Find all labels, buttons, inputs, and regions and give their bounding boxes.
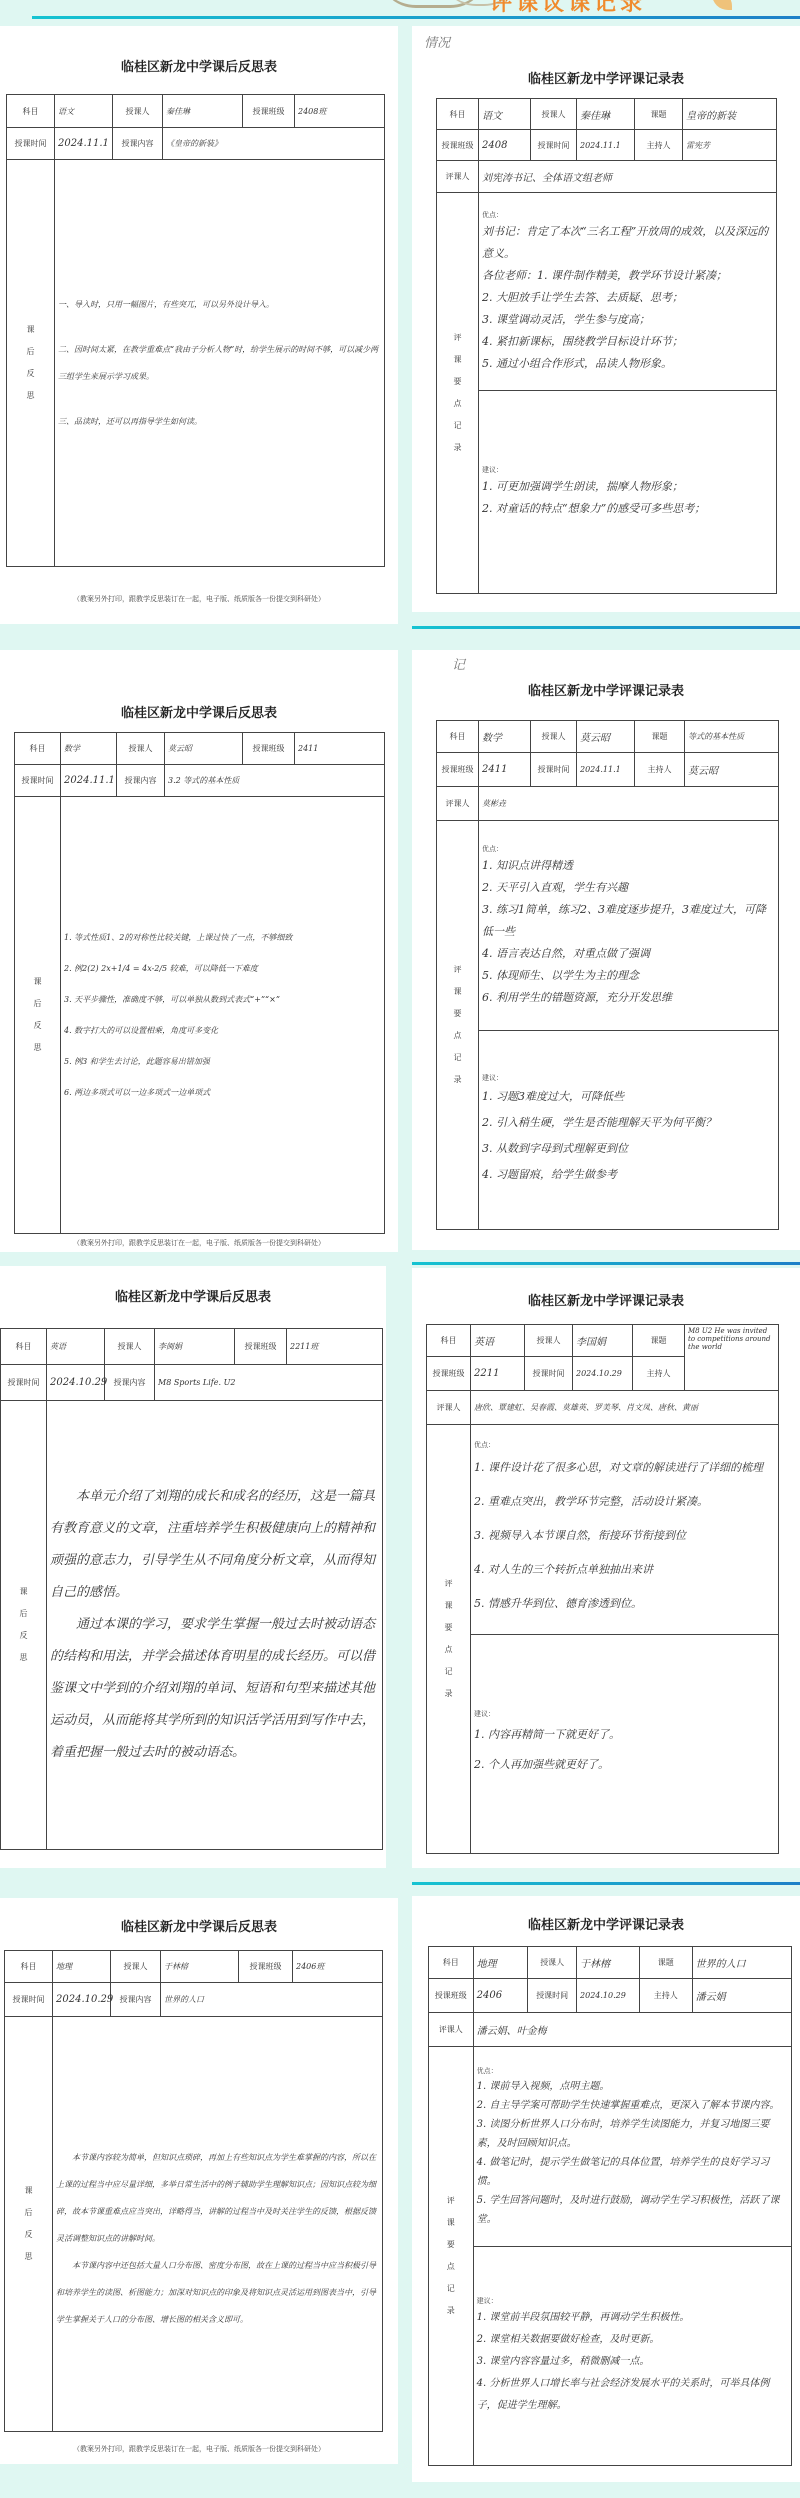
suggestion-item: 1. 课堂前半段氛围较平静，再调动学生积极性。 — [477, 2307, 788, 2329]
section-divider — [412, 1262, 800, 1265]
advantage-item: 2. 重难点突出，教学环节完整，活动设计紧凑。 — [474, 1485, 775, 1519]
leaf-icon — [712, 0, 732, 10]
side-char: 记 — [432, 2278, 470, 2300]
suggestion-item: 4. 习题留痕，给学生做参考 — [482, 1162, 775, 1188]
reflection-item: 6. 两边多项式可以一边多项式一边单项式 — [64, 1077, 381, 1108]
subject-label: 科目 — [5, 1951, 53, 1983]
side-char: 后 — [4, 1603, 43, 1625]
sheet-title: 临桂区新龙中学评课记录表 — [412, 1290, 800, 1309]
side-char: 后 — [10, 341, 51, 363]
reviewer-value: 潘云娟、叶金梅 — [473, 2013, 791, 2047]
record-side-label: 评 课 要 点 记 录 — [437, 193, 479, 594]
class-label: 授课班级 — [437, 753, 479, 787]
side-char: 记 — [440, 1047, 475, 1069]
side-char: 后 — [18, 993, 57, 1015]
advantage-item: 3. 课堂调动灵活，学生参与度高； — [482, 309, 773, 331]
side-char: 课 — [432, 2212, 470, 2234]
suggestions-label: 建议： — [474, 1708, 775, 1720]
host-label: 主持人 — [635, 753, 685, 787]
side-char: 后 — [8, 2202, 49, 2224]
content-value: 世界的人口 — [161, 1983, 383, 2017]
suggestion-item: 1. 习题3难度过大，可降低些 — [482, 1084, 775, 1110]
topic-label: 课题 — [639, 1947, 692, 1979]
subject-label: 科目 — [1, 1329, 47, 1365]
reviewer-label: 评课人 — [437, 787, 479, 821]
reflection-form: 科目 英语 授课人 李闽娟 授课班级 2211班 授课时间 2024.10.29… — [0, 1328, 383, 1850]
content-value: M8 Sports Life. U2 — [155, 1365, 383, 1401]
side-char: 评 — [430, 1573, 467, 1595]
time-value: 2024.11.1 — [61, 765, 117, 797]
side-char: 课 — [430, 1595, 467, 1617]
class-label: 授课班级 — [243, 733, 295, 765]
teacher-label: 授课人 — [528, 1947, 577, 1979]
reflection-paragraph: 本单元介绍了刘翔的成长和成名的经历，这是一篇具有教育意义的文章，注重培养学生积极… — [50, 1481, 379, 1609]
advantages-label: 优点： — [477, 2065, 788, 2077]
teacher-label: 授课人 — [105, 1329, 155, 1365]
banner-title: 评课议课记录 — [490, 0, 646, 17]
topic-label: 课题 — [633, 1325, 685, 1357]
record-sheet-3: 临桂区新龙中学评课记录表 科目 英语 授课人 李国娟 课题 M8 U2 He w… — [412, 1268, 800, 1868]
class-value: 2406 — [473, 1979, 528, 2013]
teacher-value: 于林榕 — [161, 1951, 239, 1983]
topic-value: 皇帝的新装 — [683, 99, 777, 130]
reflection-sheet-1: 临桂区新龙中学课后反思表 科目 语文 授课人 秦佳琳 授课班级 2408班 授课… — [0, 26, 398, 624]
advantage-item: 5. 通过小组合作形式，品读人物形象。 — [482, 353, 773, 375]
side-char: 课 — [18, 971, 57, 993]
advantage-item: 3. 练习1简单，练习2、3难度逐步提升，3难度过大，可降低一些 — [482, 899, 775, 943]
record-side-label: 评 课 要 点 记 录 — [437, 821, 479, 1230]
sheet-title: 临桂区新龙中学课后反思表 — [0, 56, 398, 75]
reviewer-value: 刘宪涛书记、全体语文组老师 — [479, 161, 777, 193]
teacher-label: 授课人 — [525, 1325, 573, 1357]
reflection-item: 3. 天平步骤性，准确度不够，可以单独从数到式表式“+”“×” — [64, 984, 381, 1015]
suggestions-label: 建议： — [482, 464, 773, 476]
class-value: 2408班 — [295, 95, 385, 128]
record-side-label: 评 课 要 点 记 录 — [429, 2047, 474, 2466]
corner-mark: 记 — [452, 654, 465, 673]
reflection-paragraph: 通过本课的学习，要求学生掌握一般过去时被动语态的结构和用法，并学会描述体育明星的… — [50, 1609, 379, 1769]
host-value: 潘云娟 — [692, 1979, 791, 2013]
time-label: 授课时间 — [531, 130, 577, 161]
side-char: 思 — [4, 1647, 43, 1669]
advantages-label: 优点： — [474, 1439, 775, 1451]
advantage-item: 5. 学生回答问题时，及时进行鼓励，调动学生学习积极性，活跃了课堂。 — [477, 2191, 788, 2229]
reflection-item: 1. 等式性质1、2的对称性比较关键，上课过快了一点，不够细致 — [64, 922, 381, 953]
advantage-item: 2. 天平引入直观，学生有兴趣 — [482, 877, 775, 899]
host-label: 主持人 — [639, 1979, 692, 2013]
reflection-side-label: 课 后 反 思 — [15, 797, 61, 1234]
reflection-body: 1. 等式性质1、2的对称性比较关键，上课过快了一点，不够细致 2. 例2(2)… — [61, 797, 385, 1234]
reflection-form: 科目 语文 授课人 秦佳琳 授课班级 2408班 授课时间 2024.11.1 … — [6, 94, 385, 567]
reflection-paragraph: 本节课内容中还包括大量人口分布图、密度分布图，故在上课的过程当中应当积极引导和培… — [56, 2252, 379, 2333]
sheet-title: 临桂区新龙中学评课记录表 — [412, 680, 800, 699]
side-char: 录 — [440, 437, 475, 459]
side-char: 点 — [440, 393, 475, 415]
sheet-title: 临桂区新龙中学评课记录表 — [412, 68, 800, 87]
subject-value: 地理 — [53, 1951, 111, 1983]
suggestion-item: 3. 课堂内容容量过多，稍微删减一点。 — [477, 2351, 788, 2373]
time-value: 2024.11.1 — [577, 753, 635, 787]
advantage-item: 各位老师：1. 课件制作精美，教学环节设计紧凑； — [482, 265, 773, 287]
class-value: 2411 — [479, 753, 531, 787]
advantages-section: 优点： 1. 知识点讲得精透 2. 天平引入直观，学生有兴趣 3. 练习1简单，… — [479, 821, 779, 1031]
reviewer-value: 莫彬垚 — [479, 787, 779, 821]
time-label: 授课时间 — [15, 765, 61, 797]
advantage-item: 3. 视频导入本节课自然，衔接环节衔接到位 — [474, 1519, 775, 1553]
advantage-item: 4. 语言表达自然，对重点做了强调 — [482, 943, 775, 965]
sheet-title: 临桂区新龙中学课后反思表 — [0, 1286, 386, 1305]
suggestions-label: 建议： — [482, 1072, 775, 1084]
section-divider — [412, 1882, 800, 1885]
reflection-side-label: 课 后 反 思 — [5, 2017, 53, 2432]
class-label: 授课班级 — [427, 1357, 471, 1391]
side-char: 录 — [430, 1683, 467, 1705]
teacher-value: 莫云昭 — [577, 721, 635, 753]
record-sheet-2: 记 临桂区新龙中学评课记录表 科目 数学 授课人 莫云昭 课题 等式的基本性质 … — [412, 650, 800, 1250]
reflection-paragraph: 二、因时间太紧，在教学重难点“我由子分析人物”时，给学生展示的时间不够，可以减少… — [58, 336, 381, 390]
reviewer-label: 评课人 — [429, 2013, 474, 2047]
suggestion-item: 4. 分析世界人口增长率与社会经济发展水平的关系时，可举具体例子，促进学生理解。 — [477, 2373, 788, 2417]
record-form: 科目 英语 授课人 李国娟 课题 M8 U2 He was invited to… — [426, 1324, 779, 1854]
teacher-value: 李闽娟 — [155, 1329, 235, 1365]
suggestion-item: 1. 内容再精简一下就更好了。 — [474, 1720, 775, 1750]
teacher-label: 授课人 — [531, 721, 577, 753]
content-label: 授课内容 — [117, 765, 165, 797]
record-side-label: 评 课 要 点 记 录 — [427, 1425, 471, 1854]
topic-label: 课题 — [635, 99, 683, 130]
advantage-item: 4. 做笔记时，提示学生做笔记的具体位置，培养学生的良好学习习惯。 — [477, 2153, 788, 2191]
side-char: 课 — [440, 981, 475, 1003]
suggestions-label: 建议： — [477, 2295, 788, 2307]
suggestion-item: 3. 从数到字母到式理解更到位 — [482, 1136, 775, 1162]
reflection-sheet-3: 临桂区新龙中学课后反思表 科目 英语 授课人 李闽娟 授课班级 2211班 授课… — [0, 1266, 386, 1868]
sheet-title: 临桂区新龙中学评课记录表 — [412, 1914, 800, 1933]
advantage-item: 5. 体现师生、以学生为主的理念 — [482, 965, 775, 987]
side-char: 记 — [430, 1661, 467, 1683]
side-char: 思 — [8, 2246, 49, 2268]
teacher-label: 授课人 — [113, 95, 163, 128]
content-label: 授课内容 — [105, 1365, 155, 1401]
record-form: 科目 数学 授课人 莫云昭 课题 等式的基本性质 授课班级 2411 授课时间 … — [436, 720, 779, 1230]
reflection-item: 2. 例2(2) 2x+1/4 = 4x-2/5 较难，可以降低一下难度 — [64, 953, 381, 984]
reviewer-value: 唐欣、覃建虹、吴春霞、莫雄英、罗美琴、肖文凤、唐秋、黄丽 — [471, 1391, 779, 1425]
advantage-item: 1. 课件设计花了很多心思，对文章的解读进行了详细的梳理 — [474, 1451, 775, 1485]
advantage-item: 2. 自主导学案可帮助学生快速掌握重难点，更深入了解本节课内容。 — [477, 2096, 788, 2115]
suggestion-item: 2. 课堂相关数据要做好检查，及时更新。 — [477, 2329, 788, 2351]
record-form: 科目 地理 授课人 于林榕 课题 世界的人口 授课班级 2406 授课时间 20… — [428, 1946, 792, 2466]
time-value: 2024.11.1 — [55, 128, 113, 160]
suggestions-section: 建议： 1. 课堂前半段氛围较平静，再调动学生积极性。 2. 课堂相关数据要做好… — [473, 2247, 791, 2466]
class-label: 授课班级 — [243, 95, 295, 128]
class-value: 2211班 — [287, 1329, 383, 1365]
teacher-label: 授课人 — [111, 1951, 161, 1983]
side-char: 反 — [10, 363, 51, 385]
teacher-value: 秦佳琳 — [577, 99, 635, 130]
side-char: 要 — [432, 2234, 470, 2256]
reflection-form: 科目 数学 授课人 莫云昭 授课班级 2411 授课时间 2024.11.1 授… — [14, 732, 385, 1234]
time-label: 授课时间 — [5, 1983, 53, 2017]
corner-mark: 情况 — [424, 32, 450, 51]
advantage-item: 6. 利用学生的错题资源，充分开发思维 — [482, 987, 775, 1009]
side-char: 录 — [432, 2300, 470, 2322]
suggestion-item: 2. 对童话的特点“想象力”的感受可多些思考； — [482, 498, 773, 520]
side-char: 思 — [18, 1037, 57, 1059]
reflection-paragraph: 一、导入时，只用一幅图片，有些突兀，可以另外设计导入。 — [58, 291, 381, 318]
teacher-value: 秦佳琳 — [163, 95, 243, 128]
subject-value: 语文 — [479, 99, 531, 130]
sheet-title: 临桂区新龙中学课后反思表 — [0, 1916, 398, 1935]
side-char: 课 — [10, 319, 51, 341]
section-divider — [412, 626, 800, 629]
side-char: 点 — [432, 2256, 470, 2278]
reflection-body: 本单元介绍了刘翔的成长和成名的经历，这是一篇具有教育意义的文章，注重培养学生积极… — [47, 1401, 383, 1850]
reflection-side-label: 课 后 反 思 — [7, 160, 55, 567]
topic-label: 课题 — [635, 721, 685, 753]
sheet-title: 临桂区新龙中学课后反思表 — [0, 702, 398, 721]
time-value: 2024.10.29 — [53, 1983, 111, 2017]
footnote: （教案另外打印，跟教学反思装订在一起，电子版、纸质版各一份提交到科研处） — [0, 2444, 398, 2454]
content-label: 授课内容 — [111, 1983, 161, 2017]
suggestion-item: 2. 个人再加强些就更好了。 — [474, 1750, 775, 1780]
side-char: 课 — [8, 2180, 49, 2202]
class-value: 2411 — [295, 733, 385, 765]
side-char: 反 — [18, 1015, 57, 1037]
advantage-item: 4. 紧扣新课标，围绕教学目标设计环节； — [482, 331, 773, 353]
reflection-item: 4. 数字打大的可以设置相乘，角度可多变化 — [64, 1015, 381, 1046]
advantages-section: 优点： 刘书记：肯定了本次“三名工程”开放周的成效，以及深远的意义。 各位老师：… — [479, 193, 777, 391]
suggestion-item: 2. 引入稍生硬，学生是否能理解天平为何平衡？ — [482, 1110, 775, 1136]
subject-label: 科目 — [15, 733, 61, 765]
class-value: 2406班 — [293, 1951, 383, 1983]
advantage-item: 4. 对人生的三个转折点单独抽出来讲 — [474, 1553, 775, 1587]
reflection-form: 科目 地理 授课人 于林榕 授课班级 2406班 授课时间 2024.10.29… — [4, 1950, 383, 2432]
content-label: 授课内容 — [113, 128, 163, 160]
reflection-item: 5. 例3 和学生去讨论，此题容易出错加强 — [64, 1046, 381, 1077]
side-char: 要 — [430, 1617, 467, 1639]
reflection-sheet-4: 临桂区新龙中学课后反思表 科目 地理 授课人 于林榕 授课班级 2406班 授课… — [0, 1898, 398, 2464]
host-value: 莫云昭 — [685, 753, 779, 787]
reviewer-label: 评课人 — [427, 1391, 471, 1425]
suggestions-section: 建议： 1. 可更加强调学生朗读，揣摩人物形象； 2. 对童话的特点“想象力”的… — [479, 391, 777, 594]
topic-value: M8 U2 He was invited to competitions aro… — [685, 1325, 779, 1391]
subject-label: 科目 — [437, 721, 479, 753]
reflection-body: 本节课内容较为简单，但知识点琐碎，再加上有些知识点为学生难掌握的内容，所以在上课… — [53, 2017, 383, 2432]
side-char: 课 — [440, 349, 475, 371]
class-value: 2408 — [479, 130, 531, 161]
teacher-value: 李国娟 — [573, 1325, 633, 1357]
side-char: 点 — [430, 1639, 467, 1661]
time-label: 授课时间 — [531, 753, 577, 787]
side-char: 反 — [4, 1625, 43, 1647]
subject-value: 地理 — [473, 1947, 528, 1979]
side-char: 录 — [440, 1069, 475, 1091]
advantages-section: 优点： 1. 课前导入视频，点明主题。 2. 自主导学案可帮助学生快速掌握重难点… — [473, 2047, 791, 2247]
reflection-body: 一、导入时，只用一幅图片，有些突兀，可以另外设计导入。 二、因时间太紧，在教学重… — [55, 160, 385, 567]
subject-label: 科目 — [427, 1325, 471, 1357]
class-label: 授课班级 — [235, 1329, 287, 1365]
subject-value: 语文 — [55, 95, 113, 128]
reviewer-label: 评课人 — [437, 161, 479, 193]
subject-label: 科目 — [7, 95, 55, 128]
time-label: 授课时间 — [525, 1357, 573, 1391]
record-form: 科目 语文 授课人 秦佳琳 课题 皇帝的新装 授课班级 2408 授课时间 20… — [436, 98, 777, 594]
host-label: 主持人 — [635, 130, 683, 161]
class-value: 2211 — [471, 1357, 525, 1391]
advantages-label: 优点： — [482, 209, 773, 221]
topic-value: 等式的基本性质 — [685, 721, 779, 753]
teacher-value: 于林榕 — [577, 1947, 640, 1979]
subject-value: 英语 — [47, 1329, 105, 1365]
reflection-paragraph: 本节课内容较为简单，但知识点琐碎，再加上有些知识点为学生难掌握的内容，所以在上课… — [56, 2144, 379, 2252]
advantages-label: 优点： — [482, 843, 775, 855]
side-char: 要 — [440, 371, 475, 393]
advantages-section: 优点： 1. 课件设计花了很多心思，对文章的解读进行了详细的梳理 2. 重难点突… — [471, 1425, 779, 1635]
time-value: 2024.11.1 — [577, 130, 635, 161]
subject-value: 数学 — [479, 721, 531, 753]
content-value: 3.2 等式的基本性质 — [165, 765, 385, 797]
advantage-item: 5. 情感升华到位、德育渗透到位。 — [474, 1587, 775, 1621]
advantage-item: 刘书记：肯定了本次“三名工程”开放周的成效，以及深远的意义。 — [482, 221, 773, 265]
subject-value: 英语 — [471, 1325, 525, 1357]
side-char: 点 — [440, 1025, 475, 1047]
teacher-value: 莫云昭 — [165, 733, 243, 765]
subject-label: 科目 — [429, 1947, 474, 1979]
class-label: 授课班级 — [239, 1951, 293, 1983]
time-value: 2024.10.29 — [577, 1979, 640, 2013]
class-label: 授课班级 — [429, 1979, 474, 2013]
side-char: 评 — [440, 327, 475, 349]
side-char: 思 — [10, 385, 51, 407]
record-sheet-4: 临桂区新龙中学评课记录表 科目 地理 授课人 于林榕 课题 世界的人口 授课班级… — [412, 1896, 800, 2482]
side-char: 记 — [440, 415, 475, 437]
advantage-item: 1. 知识点讲得精透 — [482, 855, 775, 877]
time-label: 授课时间 — [1, 1365, 47, 1401]
class-label: 授课班级 — [437, 130, 479, 161]
side-char: 评 — [440, 959, 475, 981]
side-char: 反 — [8, 2224, 49, 2246]
side-char: 课 — [4, 1581, 43, 1603]
reflection-sheet-2: 临桂区新龙中学课后反思表 科目 数学 授课人 莫云昭 授课班级 2411 授课时… — [0, 650, 398, 1252]
suggestion-item: 1. 可更加强调学生朗读，揣摩人物形象； — [482, 476, 773, 498]
teacher-label: 授课人 — [117, 733, 165, 765]
advantage-item: 3. 读图分析世界人口分布时，培养学生读图能力，并复习地图三要素，及时回顾知识点… — [477, 2115, 788, 2153]
host-value: 雷宪芳 — [683, 130, 777, 161]
advantage-item: 1. 课前导入视频，点明主题。 — [477, 2077, 788, 2096]
reflection-side-label: 课 后 反 思 — [1, 1401, 47, 1850]
section-divider — [32, 16, 800, 19]
record-sheet-1: 情况 临桂区新龙中学评课记录表 科目 语文 授课人 秦佳琳 课题 皇帝的新装 授… — [412, 26, 800, 612]
host-label: 主持人 — [633, 1357, 685, 1391]
side-char: 评 — [432, 2190, 470, 2212]
content-value: 《皇帝的新装》 — [163, 128, 385, 160]
advantage-item: 2. 大胆放手让学生去答、去质疑、思考； — [482, 287, 773, 309]
teacher-label: 授课人 — [531, 99, 577, 130]
subject-label: 科目 — [437, 99, 479, 130]
suggestions-section: 建议： 1. 内容再精简一下就更好了。 2. 个人再加强些就更好了。 — [471, 1635, 779, 1854]
suggestions-section: 建议： 1. 习题3难度过大，可降低些 2. 引入稍生硬，学生是否能理解天平为何… — [479, 1031, 779, 1230]
time-label: 授课时间 — [528, 1979, 577, 2013]
time-value: 2024.10.29 — [47, 1365, 105, 1401]
time-label: 授课时间 — [7, 128, 55, 160]
time-value: 2024.10.29 — [573, 1357, 633, 1391]
footnote: （教案另外打印，跟教学反思装订在一起，电子版、纸质版各一份提交到科研处） — [0, 1238, 398, 1248]
reflection-paragraph: 三、品读时，还可以再指导学生如何读。 — [58, 408, 381, 435]
subject-value: 数学 — [61, 733, 117, 765]
topic-value: 世界的人口 — [692, 1947, 791, 1979]
footnote: （教案另外打印，跟教学反思装订在一起，电子版、纸质版各一份提交到科研处） — [0, 594, 398, 604]
side-char: 要 — [440, 1003, 475, 1025]
